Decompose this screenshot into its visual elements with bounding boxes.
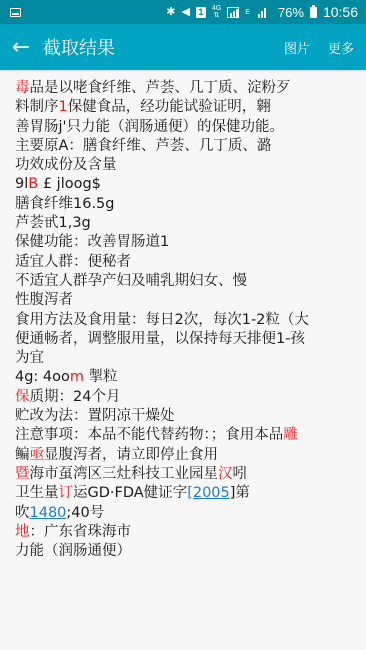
detected-link[interactable]: [2005 (187, 485, 230, 501)
text-line: 保健功能：改善胃肠道1 (15, 233, 352, 252)
image-icon (10, 8, 21, 17)
text-segment: 显腹泻者，请立即停止食用 (44, 447, 218, 463)
text-segment: 贮改为法：置阴凉干燥处 (15, 408, 175, 424)
text-segment: 适宜人群：便秘者 (15, 254, 131, 270)
text-segment: 性腹泻者 (15, 292, 73, 308)
app-bar: ← 截取结果 图片 更多 (0, 24, 366, 70)
text-segment: 不适宜人群孕产妇及哺乳期妇女、慢 (15, 273, 247, 289)
battery-icon (310, 7, 317, 18)
text-segment: 保健功能：改善胃肠道1 (15, 234, 169, 250)
signal-icon (227, 7, 239, 18)
back-button[interactable]: ← (0, 24, 42, 70)
text-segment: 善胃肠j'只力能（润肠通便）的保健功能。 (15, 119, 284, 135)
text-line: 便通畅者，调整服用量，以保持每天排便1-孩 (15, 330, 352, 349)
text-segment: 料制序 (15, 99, 59, 115)
text-segment: 主要原A：膳食纤维、芦荟、几丁质、潞 (15, 138, 271, 154)
text-line: 功效成份及含量 (15, 156, 352, 175)
text-segment: 吹 (15, 505, 30, 521)
text-line: 芦荟甙1,3g (15, 214, 352, 233)
status-bar: ✱ ◀ 1 4G⇅ E 76% 10:56 (0, 0, 366, 24)
text-segment: 功效成份及含量 (15, 157, 117, 173)
text-line: 地：广东省珠海市 (15, 523, 352, 542)
text-line: 鳊亟显腹泻者，请立即停止食用 (15, 446, 352, 465)
text-segment: ：广东省珠海市 (30, 524, 132, 540)
signal-icon (256, 7, 268, 18)
text-line: 适宜人群：便秘者 (15, 253, 352, 272)
text-segment: 卫生量 (15, 485, 59, 501)
text-line: 不适宜人群孕产妇及哺乳期妇女、慢 (15, 272, 352, 291)
text-line: 主要原A：膳食纤维、芦荟、几丁质、潞 (15, 137, 352, 156)
page-title: 截取结果 (43, 34, 284, 60)
highlighted-char: 暨 (15, 466, 30, 482)
text-segment: 质期：24个月 (30, 389, 121, 405)
text-line: 4g: 4oom 掣粒 (15, 368, 352, 387)
text-segment: 便通畅者，调整服用量，以保持每天排便1-孩 (15, 331, 305, 347)
vibrate-icon: ◀ (181, 7, 189, 18)
text-line: 食用方法及食用量：每日2次，每次1-2粒（大 (15, 311, 352, 330)
text-segment: 力能（润肠通便） (15, 543, 131, 559)
text-segment: ;40号 (66, 505, 104, 521)
text-line: 毒品是以咾食纤维、芦荟、几丁质、淀粉歹 (15, 79, 352, 98)
e-network-icon: E (245, 9, 250, 16)
text-line: 善胃肠j'只力能（润肠通便）的保健功能。 (15, 118, 352, 137)
highlighted-char: 汉 (218, 466, 233, 482)
text-line: 注意事项：本品不能代替药物：；食用本品雕 (15, 426, 352, 445)
image-button[interactable]: 图片 (284, 38, 310, 57)
text-line: 力能（润肠通便） (15, 542, 352, 561)
text-segment: 海市虿湾区三灶科技工业园星 (30, 466, 219, 482)
text-segment: 注意事项：本品不能代替药物：；食用本品 (15, 427, 283, 443)
text-segment: £ jloog$ (38, 176, 101, 192)
text-segment: 吲 (233, 466, 248, 482)
text-segment: 掣粒 (84, 369, 118, 385)
battery-percent: 76% (278, 5, 304, 20)
text-segment: 9l (15, 176, 28, 192)
highlighted-char: 订 (59, 485, 74, 501)
text-segment: 4g: 4oo (15, 369, 70, 385)
text-segment: 运GD·FDA健证字 (73, 485, 187, 501)
detected-link[interactable]: 1480 (30, 505, 67, 521)
highlighted-char: 亟 (30, 447, 45, 463)
text-segment: ]第 (230, 485, 250, 501)
highlighted-char: 毒 (15, 80, 30, 96)
text-segment: 品是以咾食纤维、芦荟、几丁质、淀粉歹 (30, 80, 291, 96)
text-line: 暨海市虿湾区三灶科技工业园星汉吲 (15, 465, 352, 484)
text-line: 贮改为法：置阴凉干燥处 (15, 407, 352, 426)
sim-1-icon: 1 (196, 7, 206, 18)
text-segment: 为宜 (15, 350, 44, 366)
text-line: 保质期：24个月 (15, 388, 352, 407)
text-line: 膳食纤维16.5g (15, 195, 352, 214)
text-segment: 膳食纤维16.5g (15, 196, 115, 212)
clock: 10:56 (323, 4, 358, 20)
highlighted-char: 保 (15, 389, 30, 405)
highlighted-char: B (28, 176, 38, 192)
text-segment: 鳊 (15, 447, 30, 463)
text-segment: 保健食品，经功能试验证明，翱 (68, 99, 271, 115)
highlighted-char: 1 (59, 99, 68, 115)
text-line: 9lB £ jloog$ (15, 175, 352, 194)
text-segment: 食用方法及食用量：每日2次，每次1-2粒（大 (15, 312, 309, 328)
highlighted-char: m (70, 369, 84, 385)
more-button[interactable]: 更多 (328, 38, 354, 57)
highlighted-char: 雕 (283, 427, 298, 443)
ocr-result-text[interactable]: 毒品是以咾食纤维、芦荟、几丁质、淀粉歹料制序1保健食品，经功能试验证明，翱善胃肠… (0, 70, 366, 561)
highlighted-char: 地 (15, 524, 30, 540)
arrow-left-icon: ← (12, 35, 30, 60)
text-line: 性腹泻者 (15, 291, 352, 310)
text-line: 为宜 (15, 349, 352, 368)
text-segment: 芦荟甙1,3g (15, 215, 91, 231)
bluetooth-icon: ✱ (166, 7, 175, 18)
text-line: 吹1480;40号 (15, 504, 352, 523)
text-line: 卫生量订运GD·FDA健证字[2005]第 (15, 484, 352, 503)
text-line: 料制序1保健食品，经功能试验证明，翱 (15, 98, 352, 117)
4g-icon: 4G⇅ (212, 5, 221, 19)
